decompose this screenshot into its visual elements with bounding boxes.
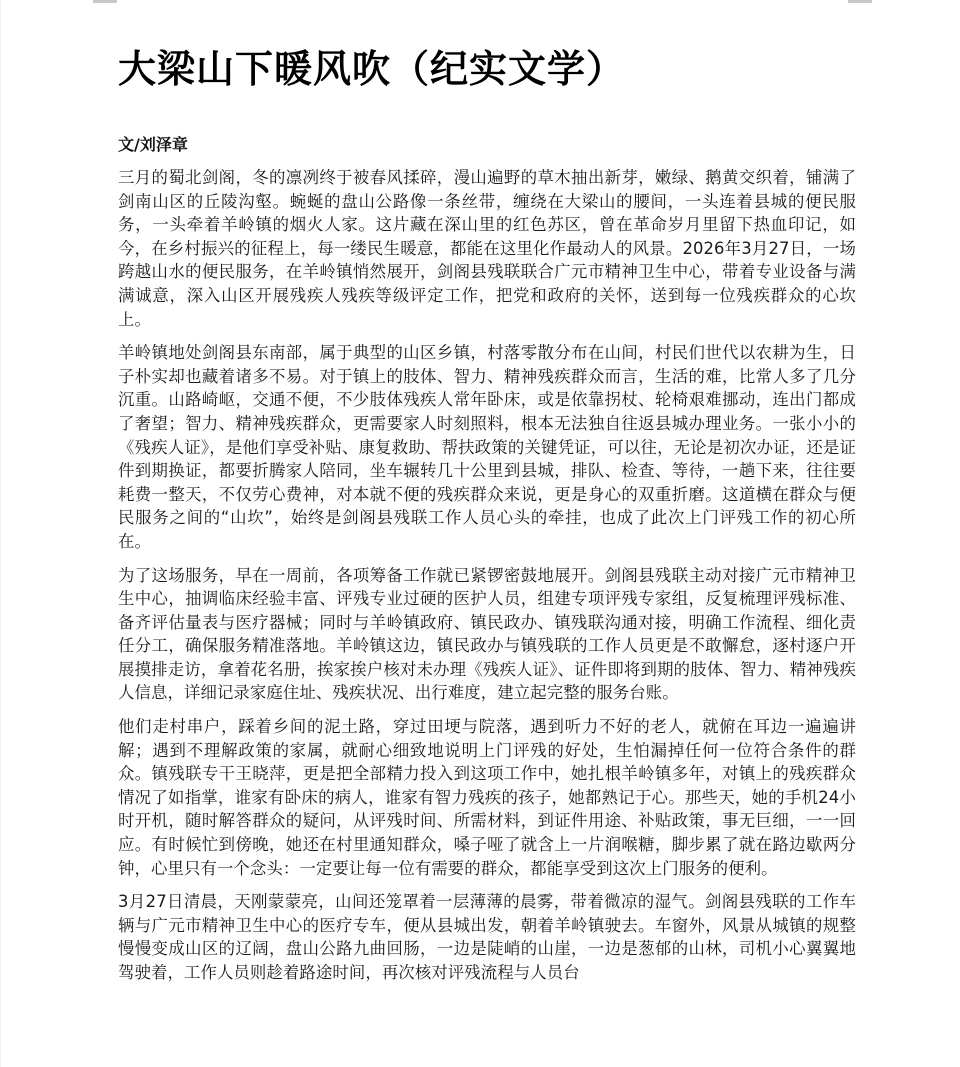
page-corner-mark-left — [93, 0, 117, 3]
article-byline: 文/刘泽章 — [118, 134, 188, 156]
article-title: 大梁山下暖风吹（纪实文学） — [118, 44, 625, 94]
paragraph: 羊岭镇地处剑阁县东南部，属于典型的山区乡镇，村落零散分布在山间，村民们世代以农耕… — [118, 341, 856, 553]
page-corner-mark-right — [848, 0, 872, 3]
paragraph: 3月27日清晨，天刚蒙蒙亮，山间还笼罩着一层薄薄的晨雾，带着微凉的湿气。剑阁县残… — [118, 890, 856, 984]
paragraph: 为了这场服务，早在一周前，各项筹备工作就已紧锣密鼓地展开。剑阁县残联主动对接广元… — [118, 564, 856, 706]
paragraph: 三月的蜀北剑阁，冬的凛冽终于被春风揉碎，漫山遍野的草木抽出新芽，嫩绿、鹅黄交织着… — [118, 166, 856, 331]
page-edge — [0, 0, 1, 1067]
paragraph: 他们走村串户，踩着乡间的泥土路，穿过田埂与院落，遇到听力不好的老人，就俯在耳边一… — [118, 715, 856, 880]
article-body: 三月的蜀北剑阁，冬的凛冽终于被春风揉碎，漫山遍野的草木抽出新芽，嫩绿、鹅黄交织着… — [118, 166, 856, 995]
